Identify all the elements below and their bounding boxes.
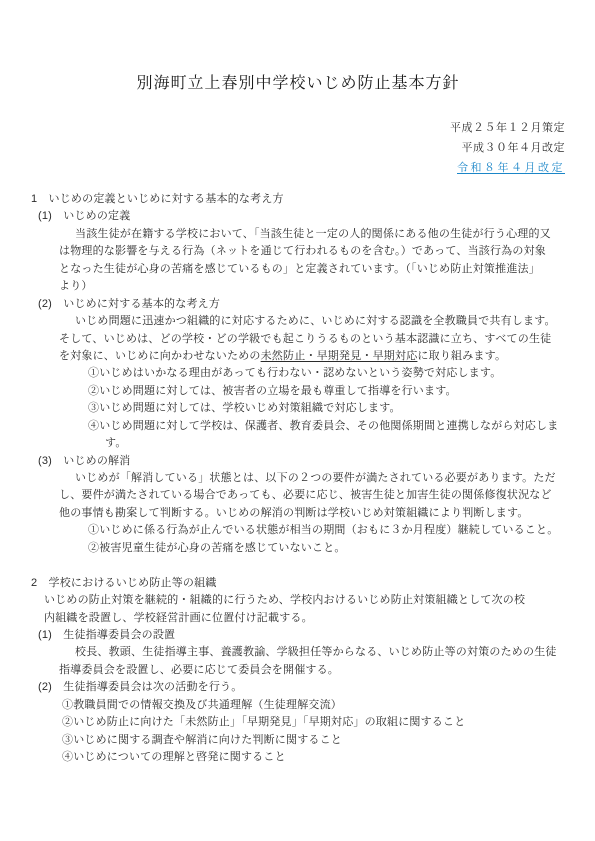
paragraph-line: そして、いじめは、どの学校・どの学級でも起こりうるものという基本認識に立ち、すべ…	[31, 331, 565, 348]
section-1-heading: 1 いじめの定義といじめに対する基本的な考え方	[31, 191, 565, 208]
text-run: ③いじめに関する調査や解消に向けた判断に関すること	[62, 734, 342, 746]
list-item-line: ②被害児童生徒が心身の苦痛を感じていないこと。	[31, 540, 565, 557]
subsection-1-1-heading: (1) いじめの定義	[31, 208, 565, 225]
text-run: (3) いじめの解消	[38, 455, 130, 467]
text-run: 指導委員会を設置し、必要に応じて委員会を開催する。	[59, 664, 339, 676]
list-item-line: す。	[31, 435, 565, 452]
underlined-text: 未然防止・早期発見・早期対応	[261, 350, 418, 362]
text-run: 内組織を設置し、学校経営計画に位置付け記載する。	[44, 612, 313, 624]
text-run: 他の事情も勘案して判断する。いじめの解消の判断は学校いじめ対策組織により判断しま…	[59, 507, 529, 519]
text-run: いじめ問題に迅速かつ組織的に対応するために、いじめに対する認識を全教職員で共有し…	[75, 315, 556, 327]
text-run: す。	[105, 437, 127, 449]
list-item-line: ①いじめに係る行為が止んでいる状態が相当の期間（おもに３か月程度）継続しているこ…	[31, 522, 565, 539]
text-run: ①いじめはいかなる理由があっても行わない・認めないという姿勢で対応します。	[88, 367, 501, 379]
list-item-line: ③いじめに関する調査や解消に向けた判断に関すること	[31, 732, 565, 749]
list-item-line: ①いじめはいかなる理由があっても行わない・認めないという姿勢で対応します。	[31, 365, 565, 382]
document-page: 別海町立上春別中学校いじめ防止基本方針 平成２５年１２月策定 平成３０年４月改定…	[0, 0, 595, 841]
list-item-line: ④いじめについての理解と啓発に関すること	[31, 749, 565, 766]
text-run: 当該生徒が在籍する学校において、「当該生徒と一定の人的関係にある他の生徒が行う心…	[75, 228, 551, 240]
text-run: いじめの防止対策を継続的・組織的に行うため、学校内おけるいじめ防止対策組織として…	[44, 594, 525, 606]
paragraph-line: より）	[31, 278, 565, 295]
text-run: は物理的な影響を与える行為（ネットを通じて行われるものを含む。）であって、当該行…	[59, 245, 546, 257]
revision-history: 平成２５年１２月策定 平成３０年４月改定 令和８年４月改定	[31, 118, 565, 178]
paragraph-line: いじめが「解消している」状態とは、以下の２つの要件が満たされている必要があります…	[31, 470, 565, 487]
subsection-1-2-heading: (2) いじめに対する基本的な考え方	[31, 296, 565, 313]
subsection-2-1-heading: (1) 生徒指導委員会の設置	[31, 627, 565, 644]
text-run: となった生徒が心身の苦痛を感じているもの」と定義されています。（「いじめ防止対策…	[59, 263, 540, 275]
text-run: (1) 生徒指導委員会の設置	[38, 629, 175, 641]
blank-line	[31, 557, 565, 574]
paragraph-line: 内組織を設置し、学校経営計画に位置付け記載する。	[31, 610, 565, 627]
paragraph-line: を対象に、いじめに向かわせないための未然防止・早期発見・早期対応に取り組みます。	[31, 348, 565, 365]
text-run: (1) いじめの定義	[38, 210, 130, 222]
text-run: ②いじめ問題に対しては、被害者の立場を最も尊重して指導を行います。	[88, 385, 457, 397]
text-run: 1 いじめの定義といじめに対する基本的な考え方	[31, 193, 284, 205]
paragraph-line: いじめの防止対策を継続的・組織的に行うため、学校内おけるいじめ防止対策組織として…	[31, 592, 565, 609]
text-run: いじめが「解消している」状態とは、以下の２つの要件が満たされている必要があります…	[75, 472, 556, 484]
text-run: 校長、教頭、生徒指導主事、養護教諭、学級担任等からなる、いじめ防止等の対策のため…	[75, 646, 557, 658]
revision-date-latest: 令和８年４月改定	[31, 158, 565, 178]
paragraph-line: は物理的な影響を与える行為（ネットを通じて行われるものを含む。）であって、当該行…	[31, 243, 565, 260]
list-item-line: ②いじめ問題に対しては、被害者の立場を最も尊重して指導を行います。	[31, 383, 565, 400]
subsection-1-3-heading: (3) いじめの解消	[31, 453, 565, 470]
list-item-line: ③いじめ問題に対しては、学校いじめ対策組織で対応します。	[31, 400, 565, 417]
text-run: ③いじめ問題に対しては、学校いじめ対策組織で対応します。	[88, 402, 401, 414]
list-item-line: ④いじめ問題に対して学校は、保護者、教育委員会、その他関係期間と連携しながら対応…	[31, 418, 565, 435]
text-run: を対象に、いじめに向かわせないための	[59, 350, 261, 362]
text-run: 2 学校におけるいじめ防止等の組織	[31, 577, 217, 589]
page-title: 別海町立上春別中学校いじめ防止基本方針	[31, 74, 565, 94]
text-run: ④いじめについての理解と啓発に関すること	[62, 751, 286, 763]
text-run: (2) いじめに対する基本的な考え方	[38, 298, 220, 310]
section-2-heading: 2 学校におけるいじめ防止等の組織	[31, 575, 565, 592]
paragraph-line: となった生徒が心身の苦痛を感じているもの」と定義されています。（「いじめ防止対策…	[31, 261, 565, 278]
list-item-line: ②いじめ防止に向けた「未然防止」「早期発見」「早期対応」の取組に関すること	[31, 714, 565, 731]
text-run: ④いじめ問題に対して学校は、保護者、教育委員会、その他関係期間と連携しながら対応…	[88, 420, 558, 432]
paragraph-line: 指導委員会を設置し、必要に応じて委員会を開催する。	[31, 662, 565, 679]
document-body: 1 いじめの定義といじめに対する基本的な考え方(1) いじめの定義当該生徒が在籍…	[31, 191, 565, 766]
paragraph-line: し、要件が満たされている場合であっても、必要に応じ、被害生徒と加害生徒の関係修復…	[31, 487, 565, 504]
text-run: に取り組みます。	[417, 350, 506, 362]
paragraph-line: いじめ問題に迅速かつ組織的に対応するために、いじめに対する認識を全教職員で共有し…	[31, 313, 565, 330]
list-item-line: ①教職員間での情報交換及び共通理解（生徒理解交流）	[31, 697, 565, 714]
text-run: (2) 生徒指導委員会は次の活動を行う。	[38, 681, 242, 693]
paragraph-line: 校長、教頭、生徒指導主事、養護教諭、学級担任等からなる、いじめ防止等の対策のため…	[31, 644, 565, 661]
paragraph-line: 当該生徒が在籍する学校において、「当該生徒と一定の人的関係にある他の生徒が行う心…	[31, 226, 565, 243]
text-run: そして、いじめは、どの学校・どの学級でも起こりうるものという基本認識に立ち、すべ…	[59, 333, 551, 345]
text-run: ②被害児童生徒が心身の苦痛を感じていないこと。	[88, 542, 346, 554]
revision-date: 平成２５年１２月策定	[31, 118, 565, 138]
paragraph-line: 他の事情も勘案して判断する。いじめの解消の判断は学校いじめ対策組織により判断しま…	[31, 505, 565, 522]
text-run: ①教職員間での情報交換及び共通理解（生徒理解交流）	[62, 699, 342, 711]
subsection-2-2-heading: (2) 生徒指導委員会は次の活動を行う。	[31, 679, 565, 696]
text-run: より）	[59, 280, 93, 292]
text-run: し、要件が満たされている場合であっても、必要に応じ、被害生徒と加害生徒の関係修復…	[59, 489, 552, 501]
text-run: ①いじめに係る行為が止んでいる状態が相当の期間（おもに３か月程度）継続しているこ…	[88, 524, 558, 536]
revision-date: 平成３０年４月改定	[31, 138, 565, 158]
text-run: ②いじめ防止に向けた「未然防止」「早期発見」「早期対応」の取組に関すること	[62, 716, 465, 728]
